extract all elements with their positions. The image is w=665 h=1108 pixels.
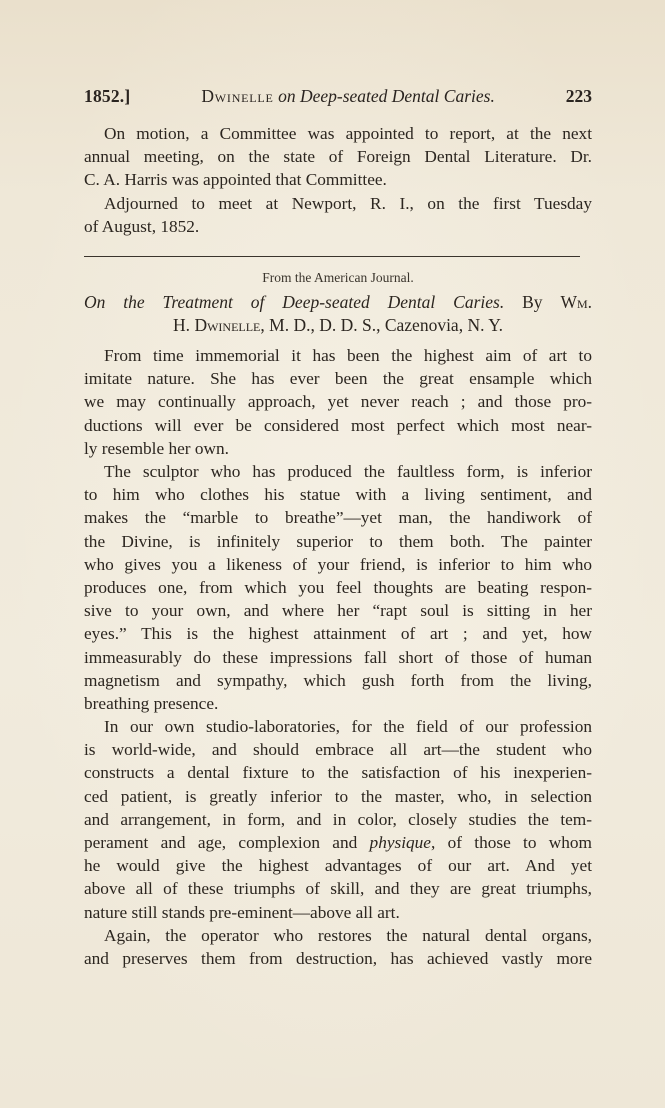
text-line: is world-wide, and should embrace all ar… [84, 738, 592, 761]
text-line: who gives you a likeness of your friend,… [84, 553, 592, 576]
running-head-year: 1852.] [84, 86, 130, 107]
body-paragraph-4: Again, the operator who restores the nat… [84, 924, 592, 970]
section-divider [84, 256, 580, 257]
body-paragraph-1: From time immemorial it has been the hig… [84, 344, 592, 460]
running-head-title: Dwinelle on Deep-seated Dental Caries. [201, 86, 495, 107]
article-title: On the Treatment of Deep-seated Dental C… [84, 291, 592, 337]
author-credentials: , M. D., D. D. S., Cazenovia, N. Y. [260, 315, 503, 335]
text-line: magnetism and sympathy, which gush forth… [84, 669, 592, 692]
author-surname: Dwinelle [194, 315, 260, 335]
text-line: eyes.” This is the highest attainment of… [84, 622, 592, 645]
page-number: 223 [566, 86, 592, 107]
text-line: annual meeting, on the state of Foreign … [84, 145, 592, 168]
running-head: 1852.] Dwinelle on Deep-seated Dental Ca… [84, 86, 592, 110]
text-line: to him who clothes his statue with a liv… [84, 483, 592, 506]
text-line: and arrangement, in form, and in color, … [84, 808, 592, 831]
intro-paragraph-adjourned: Adjourned to meet at Newport, R. I., on … [84, 192, 592, 238]
article-title-line-1: On the Treatment of Deep-seated Dental C… [84, 291, 592, 314]
text-line: ductions will ever be considered most pe… [84, 414, 592, 437]
text-line: immeasurably do these impressions fall s… [84, 646, 592, 669]
text-line: The sculptor who has produced the faultl… [84, 460, 592, 483]
text-line: perament and age, complexion and physiqu… [84, 831, 592, 854]
source-line: From the American Journal. [84, 270, 592, 286]
article-title-text: On the Treatment of Deep-seated Dental C… [84, 292, 504, 312]
text-line: imitate nature. She has ever been the gr… [84, 367, 592, 390]
author-initial: H. [173, 315, 190, 335]
article-author-first: Wm. [560, 292, 592, 312]
article-title-line-2: H. Dwinelle, M. D., D. D. S., Cazenovia,… [84, 314, 592, 337]
article-by: By [522, 292, 542, 312]
text-line: produces one, from which you feel though… [84, 576, 592, 599]
running-head-title-text: on Deep-seated Dental Caries. [274, 86, 495, 106]
text-line: From time immemorial it has been the hig… [84, 344, 592, 367]
text-line: breathing presence. [84, 692, 592, 715]
text-line: of August, 1852. [84, 215, 592, 238]
text-line: above all of these triumphs of skill, an… [84, 877, 592, 900]
text-line: we may continually approach, yet never r… [84, 390, 592, 413]
text-line: ly resemble her own. [84, 437, 592, 460]
text-line: In our own studio-laboratories, for the … [84, 715, 592, 738]
text-line: makes the “marble to breathe”—yet man, t… [84, 506, 592, 529]
body-paragraph-2: The sculptor who has produced the faultl… [84, 460, 592, 715]
text-line: and preserves them from destruction, has… [84, 947, 592, 970]
emphasis-physique: physique [370, 833, 431, 852]
text-line: On motion, a Committee was appointed to … [84, 122, 592, 145]
text-line: constructs a dental fixture to the satis… [84, 761, 592, 784]
text-line: sive to your own, and where her “rapt so… [84, 599, 592, 622]
text-line: Again, the operator who restores the nat… [84, 924, 592, 947]
text-line: the Divine, is infinitely superior to th… [84, 530, 592, 553]
intro-paragraph-committee: On motion, a Committee was appointed to … [84, 122, 592, 192]
running-head-author: Dwinelle [201, 86, 273, 106]
text-segment: , of those to whom [431, 833, 592, 852]
text-line: nature still stands pre-eminent—above al… [84, 901, 592, 924]
text-line: C. A. Harris was appointed that Committe… [84, 168, 592, 191]
text-segment: perament and age, complexion and [84, 833, 370, 852]
text-line: he would give the highest advantages of … [84, 854, 592, 877]
text-line: Adjourned to meet at Newport, R. I., on … [84, 192, 592, 215]
text-line: ced patient, is greatly inferior to the … [84, 785, 592, 808]
body-paragraph-3: In our own studio-laboratories, for the … [84, 715, 592, 924]
